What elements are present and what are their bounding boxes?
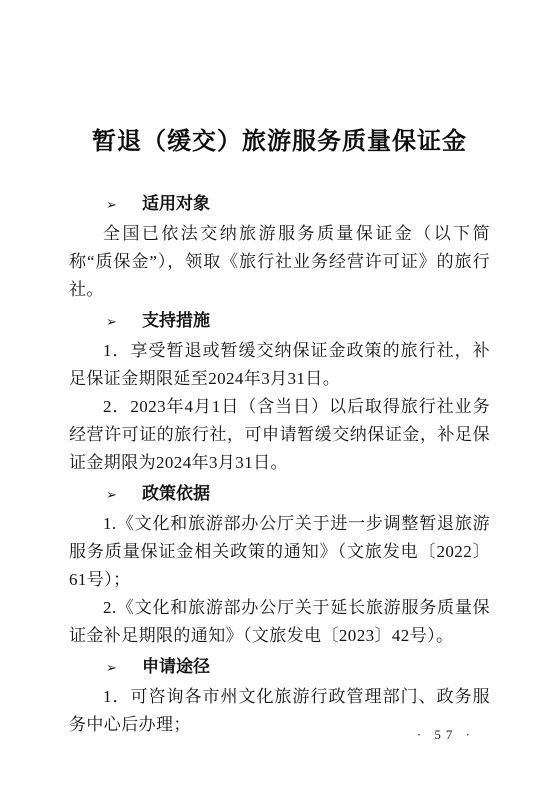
section-support-measures: ➢ 支持措施 1．享受暂退或暂缓交纳保证金政策的旅行社，补足保证金期限延至202… xyxy=(69,307,490,477)
section-heading-text: 适用对象 xyxy=(142,190,210,218)
arrow-bullet-icon: ➢ xyxy=(69,309,142,337)
paragraph: 2．2023年4月1日（含当日）以后取得旅行社业务经营许可证的旅行社，可申请暂缓… xyxy=(69,393,490,477)
arrow-bullet-icon: ➢ xyxy=(69,655,142,683)
section-heading-text: 申请途径 xyxy=(142,653,210,681)
paragraph: 全国已依法交纳旅游服务质量保证金（以下简称“质保金”），领取《旅行社业务经营许可… xyxy=(69,220,490,304)
paragraph: 1．享受暂退或暂缓交纳保证金政策的旅行社，补足保证金期限延至2024年3月31日… xyxy=(69,337,490,393)
paragraph: 1.《文化和旅游部办公厅关于进一步调整暂退旅游服务质量保证金相关政策的通知》（文… xyxy=(69,510,490,594)
section-heading: ➢ 支持措施 xyxy=(69,307,490,337)
page-title: 暂退（缓交）旅游服务质量保证金 xyxy=(0,0,559,156)
section-heading-text: 政策依据 xyxy=(142,480,210,508)
arrow-bullet-icon: ➢ xyxy=(69,482,142,510)
section-heading: ➢ 适用对象 xyxy=(69,190,490,220)
document-page: 暂退（缓交）旅游服务质量保证金 ➢ 适用对象 全国已依法交纳旅游服务质量保证金（… xyxy=(0,0,559,793)
section-heading: ➢ 政策依据 xyxy=(69,480,490,510)
section-heading: ➢ 申请途径 xyxy=(69,653,490,683)
document-body: ➢ 适用对象 全国已依法交纳旅游服务质量保证金（以下简称“质保金”），领取《旅行… xyxy=(0,156,559,739)
section-policy-basis: ➢ 政策依据 1.《文化和旅游部办公厅关于进一步调整暂退旅游服务质量保证金相关政… xyxy=(69,480,490,650)
paragraph: 2.《文化和旅游部办公厅关于延长旅游服务质量保证金补足期限的通知》（文旅发电〔2… xyxy=(69,594,490,650)
arrow-bullet-icon: ➢ xyxy=(69,192,142,220)
section-applicable-targets: ➢ 适用对象 全国已依法交纳旅游服务质量保证金（以下简称“质保金”），领取《旅行… xyxy=(69,190,490,304)
page-number: · 57 · xyxy=(417,727,475,743)
section-heading-text: 支持措施 xyxy=(142,307,210,335)
